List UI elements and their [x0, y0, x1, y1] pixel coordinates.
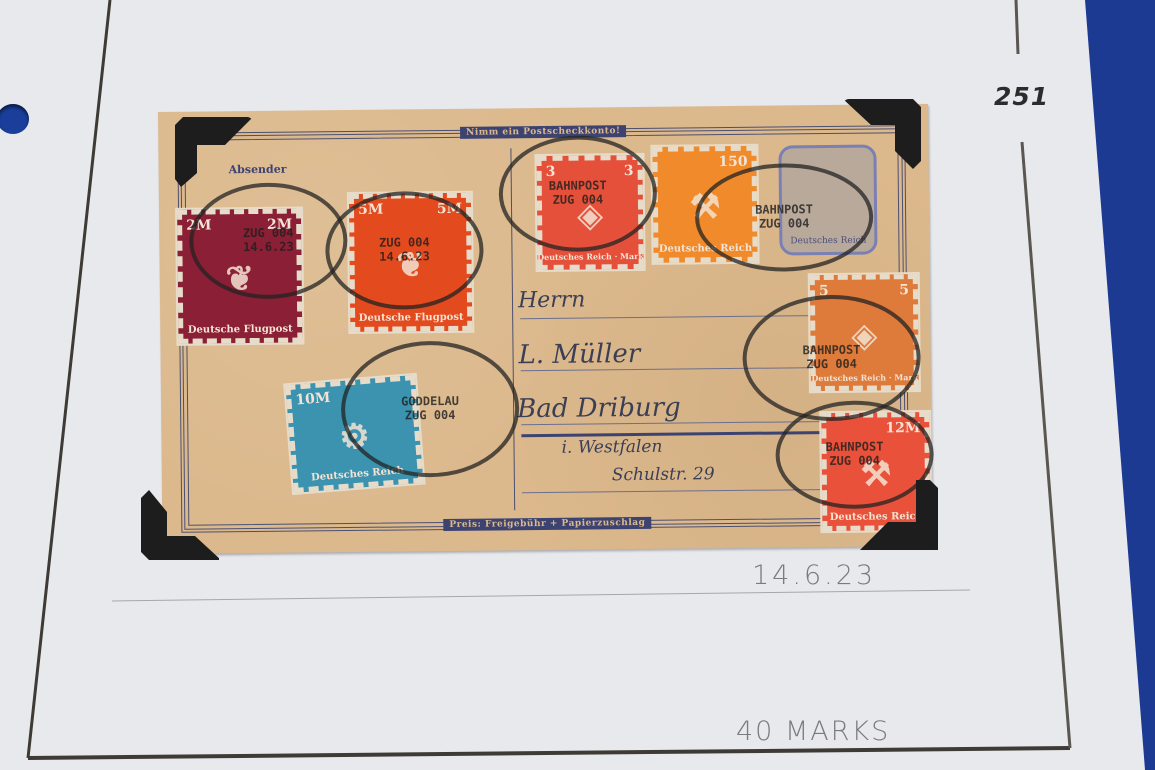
address-name: L. Müller: [518, 339, 640, 370]
postcard-banner-bottom: Preis: Freigebühr + Papierzuschlag: [443, 517, 651, 531]
sender-label: Absender: [229, 163, 287, 177]
postcard: Nimm ein Postscheckkonto! Preis: Freigeb…: [158, 104, 933, 554]
postmark-text: ZUG 004: [829, 454, 880, 468]
address-salutation: Herrn: [518, 288, 586, 314]
postcard-banner-top: Nimm ein Postscheckkonto!: [460, 125, 626, 139]
stamp-caption: Deutsches Reich: [830, 511, 923, 523]
page-number: 251: [994, 82, 1049, 111]
stamp-value: 150: [718, 154, 747, 170]
postmark-text: ZUG 004: [806, 358, 857, 372]
pencil-value-note: 40 MARKS: [736, 716, 890, 747]
postmark-text: ZUG 004: [759, 217, 810, 231]
address-city: Bad Driburg: [517, 393, 681, 425]
stamp-caption: Deutsche Flugpost: [359, 312, 464, 324]
stamp-caption: Deutsche Flugpost: [188, 324, 293, 336]
stamp-caption: Deutsches Reich · Mark: [537, 251, 644, 262]
address-region: i. Westfalen: [561, 437, 662, 458]
postmark-text: 14.6.23: [243, 241, 294, 255]
postmark-text: 14.6.23: [379, 250, 430, 264]
postmark-text: ZUG 004: [553, 193, 604, 207]
address-street: Schulstr. 29: [612, 464, 715, 485]
stamp-value: 10M: [295, 390, 331, 409]
stamp-value: 5: [899, 282, 909, 298]
pencil-date-note: 14.6.23: [752, 560, 876, 591]
postmark-text: ZUG 004: [405, 409, 456, 423]
